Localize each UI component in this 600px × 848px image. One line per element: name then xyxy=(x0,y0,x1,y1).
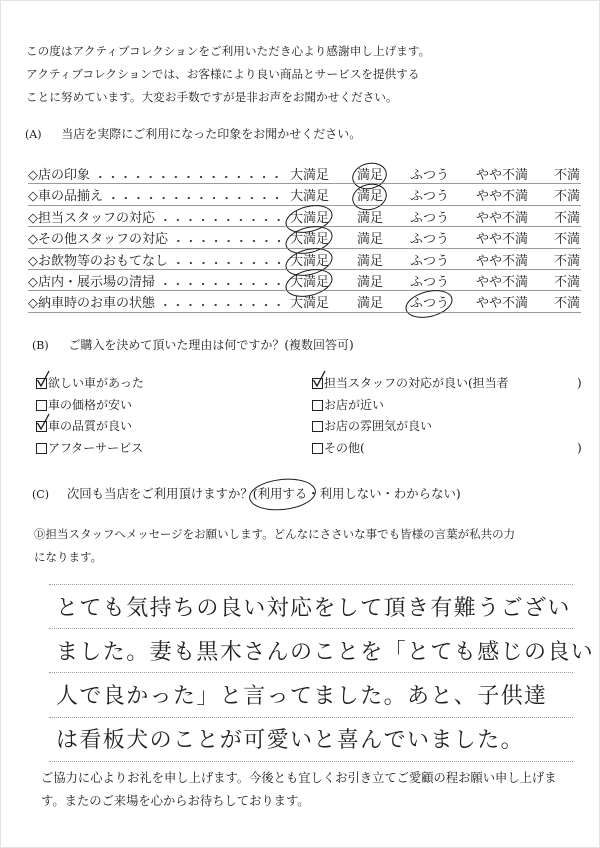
option-satisfied: 満足 xyxy=(357,272,383,293)
option-very-satisfied: 大満足 xyxy=(290,229,329,250)
rating-label: ◇その他スタッフの対応 xyxy=(28,229,168,250)
reason-label: お店が近い xyxy=(324,395,384,415)
checkbox-icon xyxy=(312,421,323,432)
dot-leader xyxy=(105,186,288,207)
intro-line: アクティブコレクションでは、お客様により良い商品とサービスを提供する xyxy=(26,65,420,83)
intro-line: この度はアクティブコレクションをご利用いただき心より感謝申し上げます。 xyxy=(26,42,430,60)
paren-close: ) xyxy=(456,486,461,501)
option-dissatisfied: 不満 xyxy=(554,293,580,314)
reason-good-staff: 担当スタッフの対応が良い(担当者 xyxy=(312,373,509,393)
footer-line: ご協力に心よりお礼を申し上げます。今後とも宜しくお引き立てご愛顧の程お願い申し上… xyxy=(41,769,557,787)
reason-label: その他( xyxy=(324,438,365,458)
option-somewhat-dissatisfied: やや不満 xyxy=(476,272,528,293)
option-satisfied: 満足 xyxy=(357,208,383,229)
option-satisfied: 満足 xyxy=(357,251,383,272)
option-dissatisfied: 不満 xyxy=(554,186,580,207)
survey-page: この度はアクティブコレクションをご利用いただき心より感謝申し上げます。 アクティ… xyxy=(0,0,600,848)
dot-leader xyxy=(170,229,288,250)
section-marker: (B) xyxy=(32,339,49,352)
dot-leader xyxy=(157,293,288,314)
dot-leader xyxy=(157,208,288,229)
dot-leader xyxy=(170,251,288,272)
option-satisfied: 満足 xyxy=(357,229,383,250)
dot-leader xyxy=(157,272,288,293)
section-question: 当店を実際にご利用になった印象をお聞かせください。 xyxy=(61,127,361,141)
separator: ・ xyxy=(382,486,394,501)
reason-label: 車の価格が安い xyxy=(48,395,132,415)
rating-label: ◇店内・展示場の清掃 xyxy=(28,272,155,293)
section-b-header: (B) ご購入を決めて頂いた理由は何ですか？(複数回答可) xyxy=(32,336,354,355)
section-question: 次回も当店をご利用頂けますか？ xyxy=(67,486,253,501)
rating-row-hospitality: ◇お飲物等のおもてなし 大満足 満足 ふつう やや不満 不満 xyxy=(1,251,600,272)
rating-label: ◇お飲物等のおもてなし xyxy=(28,251,168,272)
rating-label: ◇納車時のお車の状態 xyxy=(28,293,155,314)
reason-label: 欲しい車があった xyxy=(48,373,144,393)
dot-leader xyxy=(92,165,288,186)
closing-paren: ) xyxy=(577,373,582,393)
section-question: ご購入を決めて頂いた理由は何ですか？(複数回答可) xyxy=(68,338,353,352)
option-very-satisfied: 大満足 xyxy=(290,165,329,186)
reason-label: 車の品質が良い xyxy=(48,416,132,436)
rating-row-cleanliness: ◇店内・展示場の清掃 大満足 満足 ふつう やや不満 不満 xyxy=(1,272,600,293)
option-neutral: ふつう xyxy=(410,165,449,186)
checkbox-icon xyxy=(312,378,323,389)
section-a-header: (A) 当店を実際にご利用になった印象をお聞かせください。 xyxy=(25,125,361,144)
checkbox-icon xyxy=(312,443,323,454)
checkbox-icon xyxy=(312,400,323,411)
rating-label: ◇店の印象 xyxy=(28,165,90,186)
intro-line: ことに努めています。大変お手数ですが是非お声をお聞かせください。 xyxy=(26,88,398,106)
option-satisfied: 満足 xyxy=(357,186,383,207)
reason-label: お店の雰囲気が良い xyxy=(324,416,432,436)
option-very-satisfied: 大満足 xyxy=(290,186,329,207)
checkbox-icon xyxy=(36,400,47,411)
checkbox-icon xyxy=(36,421,47,432)
handwritten-message-line: ました。妻も黒木さんのことを「とても感じの良い xyxy=(56,631,594,675)
option-dissatisfied: 不満 xyxy=(554,251,580,272)
option-dissatisfied: 不満 xyxy=(554,208,580,229)
rating-row-other-staff: ◇その他スタッフの対応 大満足 満足 ふつう やや不満 不満 xyxy=(1,229,600,250)
option-somewhat-dissatisfied: やや不満 xyxy=(476,208,528,229)
option-will-use: 利用する xyxy=(258,484,308,504)
footer-line: す。またのご来場を心からお待ちしております。 xyxy=(41,792,310,810)
section-d-prompt: になります。 xyxy=(34,548,102,566)
rating-label: ◇担当スタッフの対応 xyxy=(28,208,155,229)
reason-store-atmosphere: お店の雰囲気が良い xyxy=(312,416,432,436)
rating-row-delivery-condition: ◇納車時のお車の状態 大満足 満足 ふつう やや不満 不満 xyxy=(1,293,600,314)
option-somewhat-dissatisfied: やや不満 xyxy=(476,251,528,272)
reason-label: アフターサービス xyxy=(48,438,143,458)
reason-label: 担当スタッフの対応が良い(担当者 xyxy=(324,373,509,393)
section-marker: (C) xyxy=(32,488,49,501)
checkbox-icon xyxy=(36,443,47,454)
option-somewhat-dissatisfied: やや不満 xyxy=(476,186,528,207)
section-d-prompt: Ⓓ担当スタッフへメッセージをお願いします。どんなにささいな事でも皆様の言葉が私共… xyxy=(34,525,515,543)
option-somewhat-dissatisfied: やや不満 xyxy=(476,293,528,314)
writing-line xyxy=(49,584,573,585)
rating-row-assigned-staff: ◇担当スタッフの対応 大満足 満足 ふつう やや不満 不満 xyxy=(1,208,600,229)
option-not-sure: わからない xyxy=(394,484,456,504)
section-marker: (A) xyxy=(25,128,42,141)
option-neutral: ふつう xyxy=(410,251,449,272)
reason-after-service: アフターサービス xyxy=(36,438,143,458)
option-neutral: ふつう xyxy=(410,186,449,207)
closing-paren: ) xyxy=(577,438,582,458)
option-neutral: ふつう xyxy=(410,293,449,314)
reason-good-quality: 車の品質が良い xyxy=(36,416,132,436)
section-c: (C) 次回も当店をご利用頂けますか？(利用する・利用しない・わからない) xyxy=(32,484,461,505)
handwritten-message-line: は看板犬のことが可愛いと喜んでいました。 xyxy=(56,719,524,763)
reason-store-nearby: お店が近い xyxy=(312,395,384,415)
option-very-satisfied: 大満足 xyxy=(290,272,329,293)
option-dissatisfied: 不満 xyxy=(554,272,580,293)
option-very-satisfied: 大満足 xyxy=(290,293,329,314)
handwritten-message-line: とても気持ちの良い対応をして頂き有難うござい xyxy=(56,587,571,631)
option-will-not-use: 利用しない xyxy=(320,484,382,504)
option-somewhat-dissatisfied: やや不満 xyxy=(476,229,528,250)
rating-row-car-selection: ◇車の品揃え 大満足 満足 ふつう やや不満 不満 xyxy=(1,186,600,207)
option-dissatisfied: 不満 xyxy=(554,229,580,250)
option-satisfied: 満足 xyxy=(357,293,383,314)
ratings-table: ◇店の印象 大満足 満足 ふつう やや不満 不満 ◇車の品揃え 大満足 満足 ふ… xyxy=(1,165,600,315)
rating-row-store-impression: ◇店の印象 大満足 満足 ふつう やや不満 不満 xyxy=(1,165,600,186)
option-dissatisfied: 不満 xyxy=(554,165,580,186)
reason-other: その他( xyxy=(312,438,365,458)
rating-label: ◇車の品揃え xyxy=(28,186,103,207)
handwritten-message-line: 人で良かった」と言ってました。あと、子供達 xyxy=(56,675,547,719)
option-neutral: ふつう xyxy=(410,208,449,229)
checkbox-icon xyxy=(36,378,47,389)
reason-low-price: 車の価格が安い xyxy=(36,395,132,415)
reason-wanted-car: 欲しい車があった xyxy=(36,373,144,393)
option-neutral: ふつう xyxy=(410,229,449,250)
option-somewhat-dissatisfied: やや不満 xyxy=(476,165,528,186)
